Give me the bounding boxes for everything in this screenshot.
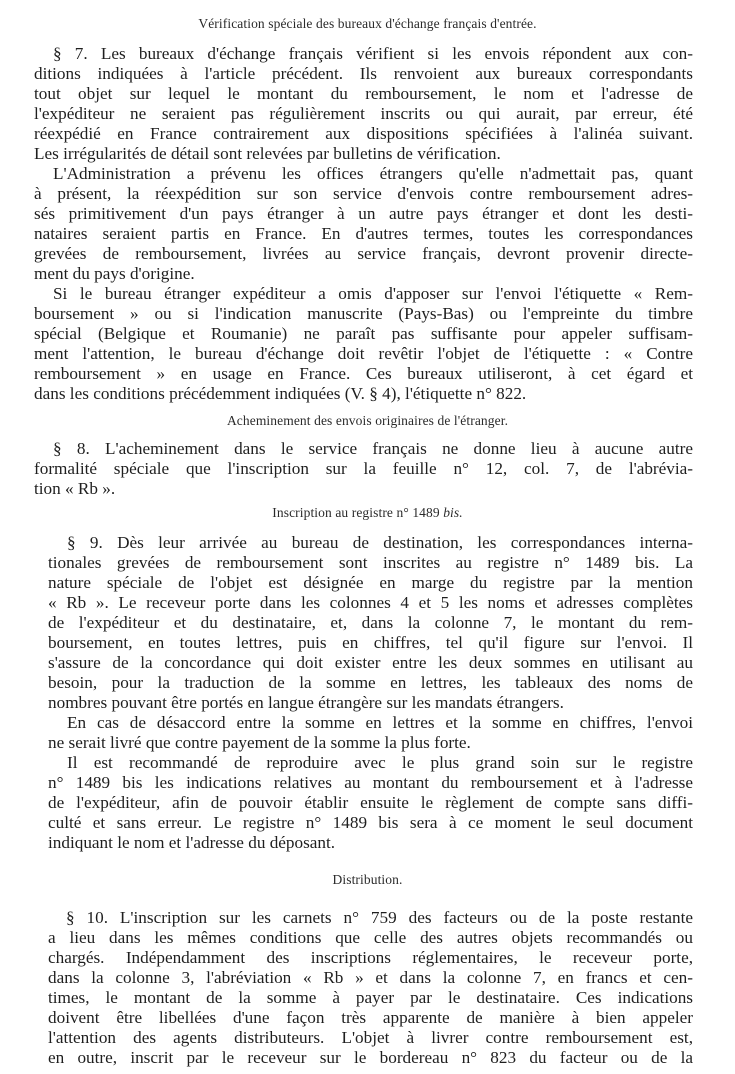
section-heading-inscription: Inscription au registre n° 1489 bis. bbox=[0, 505, 735, 521]
paragraph-9-line-2: tionales grevées de remboursement sont i… bbox=[48, 553, 693, 573]
paragraph-10-line-4: dans la colonne 3, l'abréviation « Rb » … bbox=[48, 968, 693, 988]
paragraph-9-line-1: § 9. Dès leur arrivée au bureau de desti… bbox=[67, 533, 693, 553]
paragraph-recommande-line-2: n° 1489 bis les indications relatives au… bbox=[48, 773, 693, 793]
paragraph-8-line-2: formalité spéciale que l'inscription sur… bbox=[34, 459, 693, 479]
paragraph-recommande-line-4: culté et sans erreur. Le registre n° 148… bbox=[48, 813, 693, 833]
paragraph-admin-line-3: sés primitivement d'un pays étranger à u… bbox=[34, 204, 693, 224]
paragraph-7-line-6: Les irrégularités de détail sont relevée… bbox=[34, 144, 693, 164]
section-heading-distribution: Distribution. bbox=[0, 872, 735, 888]
paragraph-9-line-7: s'assure de la concordance qui doit exis… bbox=[48, 653, 693, 673]
paragraph-10-line-2: a lieu dans les mêmes conditions que cel… bbox=[48, 928, 693, 948]
section-heading-inscription-text: Inscription au registre n° 1489 bbox=[272, 505, 443, 520]
paragraph-7-line-5: réexpédié en France contrairement aux di… bbox=[34, 124, 693, 144]
paragraph-9-line-3: nature spéciale de l'objet est désignée … bbox=[48, 573, 693, 593]
paragraph-admin-line-1: L'Administration a prévenu les offices é… bbox=[53, 164, 693, 184]
paragraph-10-line-7: l'attention des agents distributeurs. L'… bbox=[48, 1028, 693, 1048]
paragraph-9-line-9: nombres pouvant être portés en langue ét… bbox=[48, 693, 693, 713]
paragraph-7-line-2: ditions indiquées à l'article précédent.… bbox=[34, 64, 693, 84]
paragraph-7-line-4: l'expéditeur ne seraient pas régulièreme… bbox=[34, 104, 693, 124]
paragraph-admin-line-5: grevées de remboursement, livrées au ser… bbox=[34, 244, 693, 264]
section-heading-inscription-italic: bis. bbox=[443, 505, 463, 520]
paragraph-label-line-4: ment l'attention, le bureau d'échange do… bbox=[34, 344, 693, 364]
paragraph-9-line-8: besoin, pour la traduction de la somme e… bbox=[48, 673, 693, 693]
paragraph-label-line-5: remboursement » en usage en France. Ces … bbox=[34, 364, 693, 384]
paragraph-admin-line-2: à présent, la réexpédition sur son servi… bbox=[34, 184, 693, 204]
paragraph-8-line-3: tion « Rb ». bbox=[34, 479, 693, 499]
paragraph-8-line-1: § 8. L'acheminement dans le service fran… bbox=[53, 439, 693, 459]
paragraph-10-line-1: § 10. L'inscription sur les carnets n° 7… bbox=[66, 908, 693, 928]
paragraph-label-line-1: Si le bureau étranger expéditeur a omis … bbox=[53, 284, 693, 304]
paragraph-10-line-3: chargés. Indépendamment des inscriptions… bbox=[48, 948, 693, 968]
paragraph-10-line-5: times, le montant de la somme à payer pa… bbox=[48, 988, 693, 1008]
paragraph-10-line-8: en outre, inscrit par le receveur sur le… bbox=[48, 1048, 693, 1068]
paragraph-label-line-6: dans les conditions précédemment indiqué… bbox=[34, 384, 693, 404]
paragraph-admin-line-4: nataires seraient partis en France. En d… bbox=[34, 224, 693, 244]
paragraph-recommande-line-5: indiquant le nom et l'adresse du déposan… bbox=[48, 833, 693, 853]
section-heading-verification: Vérification spéciale des bureaux d'écha… bbox=[0, 16, 735, 32]
paragraph-label-line-2: boursement » ou si l'indication manuscri… bbox=[34, 304, 693, 324]
paragraph-recommande-line-3: de l'expéditeur, afin de pouvoir établir… bbox=[48, 793, 693, 813]
paragraph-label-line-3: spécial (Belgique et Roumanie) ne paraît… bbox=[34, 324, 693, 344]
paragraph-admin-line-6: ment du pays d'origine. bbox=[34, 264, 693, 284]
paragraph-9-line-5: de l'expéditeur et du destinataire, et, … bbox=[48, 613, 693, 633]
section-heading-acheminement: Acheminement des envois originaires de l… bbox=[0, 413, 735, 429]
paragraph-9-line-6: boursement, en toutes lettres, puis en c… bbox=[48, 633, 693, 653]
paragraph-desaccord-line-2: ne serait livré que contre payement de l… bbox=[48, 733, 693, 753]
paragraph-7-line-3: tout objet sur lequel le montant du remb… bbox=[34, 84, 693, 104]
document-page: Vérification spéciale des bureaux d'écha… bbox=[0, 0, 735, 1074]
paragraph-desaccord-line-1: En cas de désaccord entre la somme en le… bbox=[67, 713, 693, 733]
paragraph-7-line-1: § 7. Les bureaux d'échange français véri… bbox=[53, 44, 693, 64]
paragraph-10-line-6: doivent être libellées d'une façon très … bbox=[48, 1008, 693, 1028]
paragraph-recommande-line-1: Il est recommandé de reproduire avec le … bbox=[67, 753, 693, 773]
paragraph-9-line-4: « Rb ». Le receveur porte dans les colon… bbox=[48, 593, 693, 613]
